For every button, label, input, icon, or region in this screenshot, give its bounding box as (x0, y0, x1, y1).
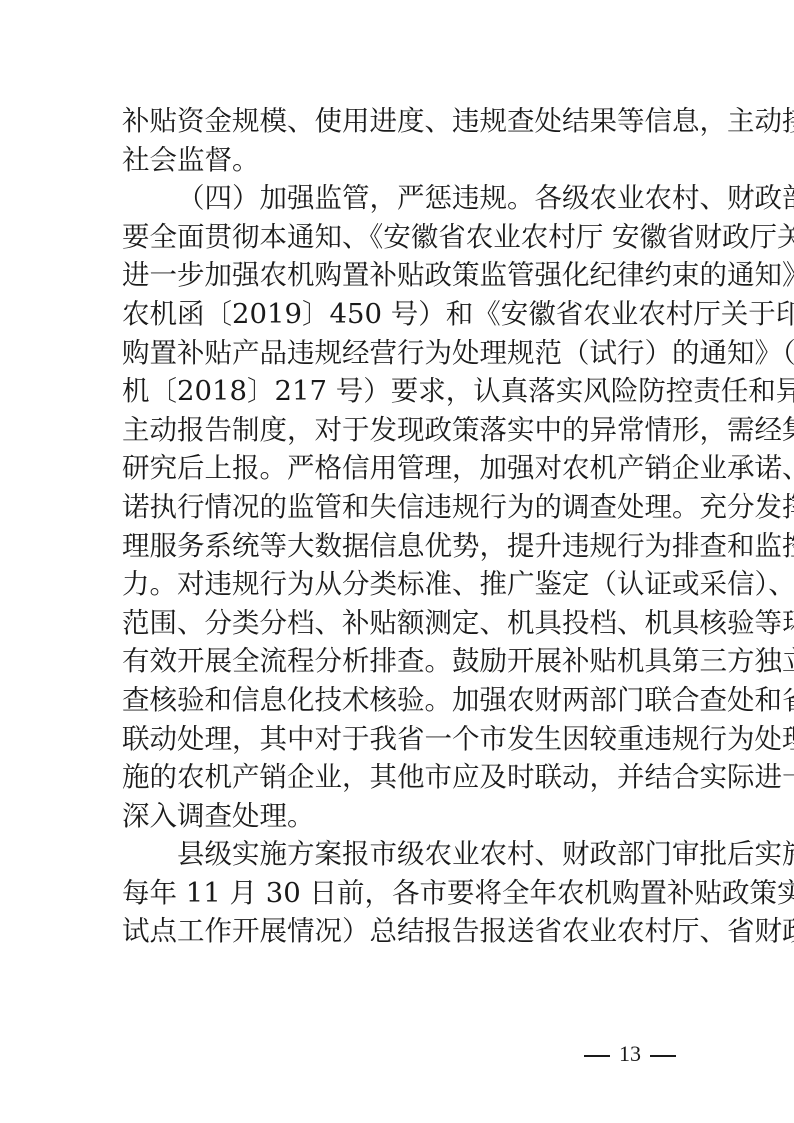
text-line: 查核验和信息化技术核验。加强农财两部门联合查处和省际 (122, 681, 678, 720)
text-line: 要全面贯彻本通知、《安徽省农业农村厅 安徽省财政厅关于 (122, 218, 678, 257)
text-line: 深入调查处理。 (122, 797, 678, 836)
text-line: 试点工作开展情况）总结报告报送省农业农村厅、省财政厅。 (122, 912, 678, 951)
dash-left (584, 1055, 610, 1057)
text-line: 农机函〔2019〕450 号）和《安徽省农业农村厅关于印发农机 (122, 295, 678, 334)
text-line: 联动处理，其中对于我省一个市发生因较重违规行为处理措 (122, 720, 678, 759)
text-line: 机〔2018〕217 号）要求，认真落实风险防控责任和异常情形 (122, 372, 678, 411)
text-line: 主动报告制度，对于发现政策落实中的异常情形，需经集体 (122, 411, 678, 450)
section-heading-line: （四）加强监管，严惩违规。各级农业农村、财政部门 (122, 179, 678, 218)
page-number-value: 13 (619, 1041, 641, 1066)
text-line: 补贴资金规模、使用进度、违规查处结果等信息，主动接受 (122, 102, 678, 141)
text-line: 进一步加强农机购置补贴政策监管强化纪律约束的通知》（皖 (122, 256, 678, 295)
text-line: 研究后上报。严格信用管理，加强对农机产销企业承诺、践 (122, 449, 678, 488)
text-line: 力。对违规行为从分类标准、推广鉴定（认证或采信）、补贴 (122, 565, 678, 604)
dash-right (650, 1055, 676, 1057)
text-line: 社会监督。 (122, 141, 678, 180)
text-line: 每年 11 月 30 日前，各市要将全年农机购置补贴政策实施（含 (122, 874, 678, 913)
text-line: 施的农机产销企业，其他市应及时联动，并结合实际进一步 (122, 758, 678, 797)
text-line: 诺执行情况的监管和失信违规行为的调查处理。充分发挥办 (122, 488, 678, 527)
document-page: 补贴资金规模、使用进度、违规查处结果等信息，主动接受 社会监督。 （四）加强监管… (0, 0, 794, 1123)
body-text: 补贴资金规模、使用进度、违规查处结果等信息，主动接受 社会监督。 （四）加强监管… (122, 102, 678, 951)
text-line: 购置补贴产品违规经营行为处理规范（试行）的通知》（皖农 (122, 334, 678, 373)
text-line: 县级实施方案报市级农业农村、财政部门审批后实施。 (122, 835, 678, 874)
text-line: 有效开展全流程分析排查。鼓励开展补贴机具第三方独立抽 (122, 642, 678, 681)
text-line: 范围、分类分档、补贴额测定、机具投档、机具核验等环节 (122, 604, 678, 643)
text-line: 理服务系统等大数据信息优势，提升违规行为排查和监控能 (122, 527, 678, 566)
page-number: 13 (575, 1041, 685, 1067)
